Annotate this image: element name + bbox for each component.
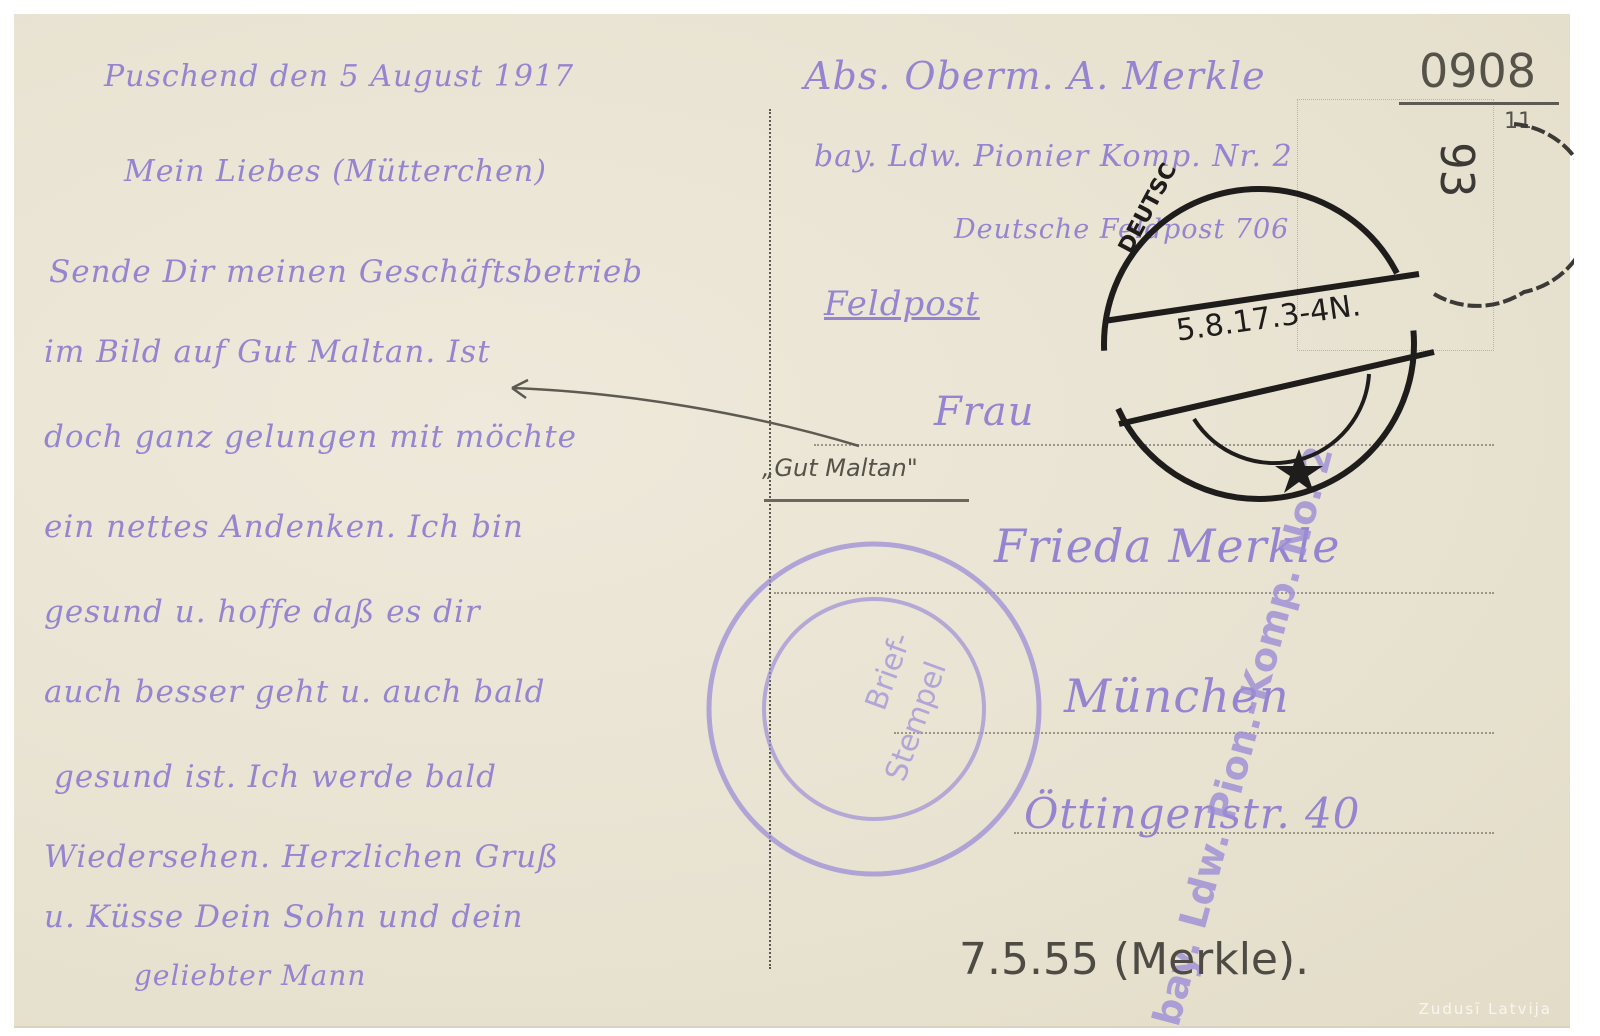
message-line: gesund ist. Ich werde bald [54, 759, 497, 795]
message-line: Mein Liebes (Mütterchen) [124, 154, 547, 189]
message-signature: geliebter Mann [134, 959, 366, 992]
pencil-date-note: 7.5.55 (Merkle). [959, 934, 1309, 985]
sender-name: Abs. Oberm. A. Merkle [804, 54, 1266, 98]
message-line: u. Küsse Dein Sohn und dein [44, 899, 523, 935]
message-line: ein nettes Andenken. Ich bin [44, 509, 524, 545]
message-line: Wiedersehen. Herzlichen Gruß [44, 839, 559, 875]
gut-maltan-caption: „Gut Maltan" [762, 454, 918, 482]
sender-unit: bay. Ldw. Pionier Komp. Nr. 2 [814, 139, 1293, 174]
catalog-underline [1399, 102, 1559, 105]
message-line: doch ganz gelungen mit möchte [44, 419, 577, 455]
caption-underline [764, 499, 969, 502]
recipient-title: Frau [934, 389, 1034, 435]
message-line: gesund u. hoffe daß es dir [44, 594, 481, 630]
pencil-arrow-icon [504, 374, 874, 464]
message-line: im Bild auf Gut Maltan. Ist [44, 334, 491, 370]
message-line: auch besser geht u. auch bald [44, 674, 546, 710]
message-line: Sende Dir meinen Geschäftsbetrieb [49, 254, 643, 290]
catalog-number: 0908 [1419, 44, 1536, 98]
watermark: Zudusī Latvija [1419, 1000, 1552, 1018]
postcard-back: Puschend den 5 August 1917 Mein Liebes (… [14, 14, 1570, 1028]
feldpost-label: Feldpost [824, 284, 980, 324]
message-date-line: Puschend den 5 August 1917 [104, 59, 574, 94]
